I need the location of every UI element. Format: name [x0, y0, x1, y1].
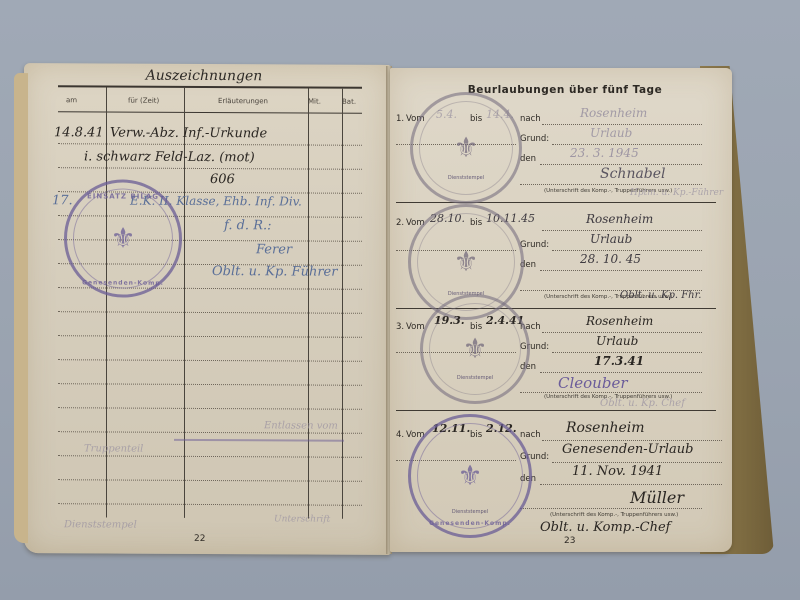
- ruled-line: [58, 143, 362, 146]
- open-paybook: Auszeichnungen am für (Zeit) Erläuterung…: [0, 0, 800, 600]
- label-grund: Grund:: [520, 134, 549, 144]
- ruled-line: [58, 335, 362, 338]
- leave-reason: Genesenden-Urlaub: [562, 442, 693, 457]
- award-text-line: 606: [210, 172, 235, 187]
- leave-issued-date: 28. 10. 45: [580, 252, 641, 266]
- header-rule-bottom: [58, 111, 362, 114]
- official-stamp: ⚜ Dienststempel: [410, 92, 522, 204]
- ruled-line: [58, 167, 362, 170]
- ruled-line: [58, 359, 362, 362]
- entry-number: 1.: [396, 114, 404, 124]
- officer-title: Oblt. u. Kp. Chef: [600, 398, 685, 409]
- official-stamp: ⚜ Dienststempel: [420, 294, 530, 404]
- col-header-fuer: für (Zeit): [128, 97, 159, 105]
- leave-destination: Rosenheim: [566, 420, 645, 436]
- ruled-line: [58, 383, 362, 386]
- ruled-line: [58, 311, 362, 314]
- left-page-title: Auszeichnungen: [134, 68, 274, 85]
- stamp-caption: Dienststempel: [411, 509, 529, 515]
- leave-entry-3: 3. Vom 19.3. bis 2.4.41 nach Rosenheim G…: [390, 312, 732, 424]
- label-nach: nach: [520, 114, 541, 124]
- col-header-erlaeuterungen: Erläuterungen: [218, 97, 268, 105]
- officer-signature: Müller: [630, 488, 684, 507]
- leave-reason: Urlaub: [590, 126, 632, 140]
- col-header-am: am: [66, 96, 77, 104]
- officer-title: Oblt. u. Kp. Fhr.: [620, 290, 701, 301]
- stamp-caption: Dienststempel: [413, 175, 519, 181]
- leave-issued-date: 17.3.41: [594, 354, 644, 368]
- offset-ink-line: [174, 439, 344, 442]
- award-text-line: Verw.-Abz. Inf.-Urkunde: [110, 125, 267, 141]
- leave-reason: Urlaub: [590, 232, 632, 246]
- official-stamp: EINSATZ BILAG ⚜ Genesenden-Komp.: [64, 179, 182, 298]
- leave-reason: Urlaub: [596, 334, 638, 348]
- officer-signature: Schnabel: [600, 166, 666, 182]
- leave-destination: Rosenheim: [586, 314, 653, 328]
- entry-number: 2.: [396, 218, 404, 228]
- offset-text: Dienststempel: [64, 519, 137, 530]
- offset-text: Unterschrift: [274, 514, 330, 524]
- stamp-bottom-text: Genesenden-Komp.: [82, 279, 164, 286]
- leave-entry-1: 1. Vom 5.4. bis 14.4. nach Rosenheim Gru…: [390, 104, 732, 216]
- ruled-line: [58, 479, 362, 482]
- label-grund: Grund:: [520, 240, 549, 250]
- column-divider: [342, 89, 343, 519]
- col-header-bat: Bat.: [342, 98, 356, 106]
- award-signature: Ferer: [256, 242, 292, 257]
- officer-signature: Cleouber: [558, 374, 628, 392]
- officer-title: Hptm. u. Kp.-Führer: [630, 188, 723, 198]
- award-date: 14.8.41: [54, 125, 104, 140]
- column-headers: am für (Zeit) Erläuterungen Mit. Bat.: [58, 89, 362, 113]
- official-stamp: ⚜ Dienststempel Genesenden-Komp.: [408, 414, 532, 538]
- left-page: Auszeichnungen am für (Zeit) Erläuterung…: [24, 63, 390, 555]
- label-vom: Vom: [406, 322, 425, 332]
- entry-number: 4.: [396, 430, 404, 440]
- leave-entry-4: 4. Vom 12.11. bis 2.12. nach Rosenheim G…: [390, 420, 732, 550]
- officer-title: Oblt. u. Komp.-Chef: [540, 520, 670, 535]
- leave-destination: Rosenheim: [586, 212, 653, 226]
- signature-caption: (Unterschrift des Komp.-, Truppenführers…: [550, 512, 678, 518]
- award-text-line: i. schwarz Feld-Laz. (mot): [84, 149, 255, 165]
- award-signer-title: Oblt. u. Kp. Führer: [212, 264, 337, 280]
- offset-text: Truppenteil: [84, 443, 143, 454]
- stamp-caption: Dienststempel: [423, 375, 527, 381]
- label-den: den: [520, 154, 536, 164]
- award-date: 17.: [52, 193, 73, 208]
- leave-issued-date: 11. Nov. 1941: [572, 464, 663, 479]
- label-nach: nach: [520, 430, 541, 440]
- ruled-line: [58, 503, 362, 506]
- ruled-line: [58, 455, 362, 458]
- offset-text: Entlassen vom: [264, 420, 338, 431]
- page-number: 22: [194, 534, 205, 544]
- header-rule: [58, 85, 362, 89]
- leave-issued-date: 23. 3. 1945: [570, 146, 639, 160]
- page-number: 23: [564, 536, 575, 546]
- stamp-top-text: EINSATZ BILAG: [87, 192, 159, 200]
- right-page: Beurlaubungen über fünf Tage 1. Vom 5.4.…: [390, 68, 732, 552]
- leave-destination: Rosenheim: [580, 106, 647, 120]
- col-header-mit: Mit.: [308, 98, 321, 106]
- column-divider: [308, 89, 309, 519]
- stamp-bottom-text: Genesenden-Komp.: [429, 520, 511, 527]
- entry-number: 3.: [396, 322, 404, 332]
- ruled-line: [58, 431, 362, 434]
- ruled-line: [58, 407, 362, 410]
- award-text-line: f. d. R.:: [224, 218, 272, 233]
